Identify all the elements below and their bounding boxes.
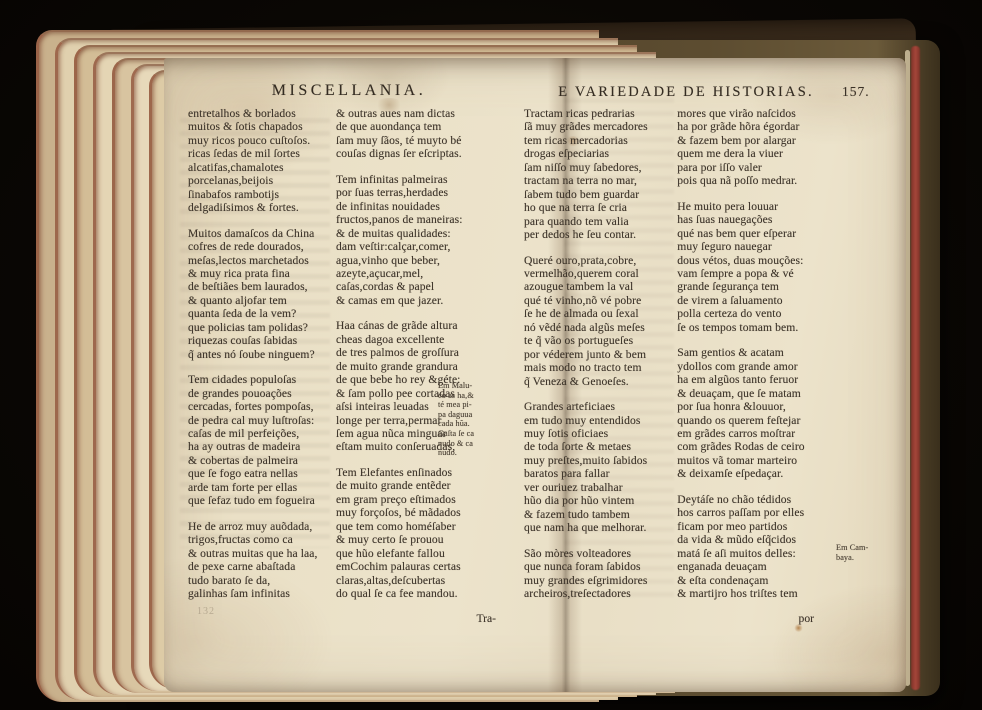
left-page-margin-note: Em Malu-co as ha,&té mea pi-pa daguuacad… — [438, 381, 500, 458]
verse-line: porcelanas,beijois — [188, 174, 336, 187]
verse-stanza: Grandes arteficiaesem tudo muy entendido… — [524, 400, 677, 535]
verse-line: & fazem tudo tambem — [524, 508, 677, 521]
verse-line: & muy certo ſe prouou — [336, 533, 510, 546]
verse-line: meſas,lectos marchetados — [188, 254, 336, 267]
verse-line: de grandes pouoações — [188, 387, 336, 400]
verse-line: Tractam ricas pedrarias — [524, 107, 677, 120]
verse-stanza: Muitos damaſcos da Chinacofres de rede d… — [188, 227, 336, 362]
verse-line: & muy rica prata fina — [188, 267, 336, 280]
verse-line: trigos,fructas como ca — [188, 533, 336, 546]
verse-line: que nam ha que melhorar. — [524, 521, 677, 534]
left-page-column-2-verses: & outras aues nam dictasde que auondança… — [336, 107, 510, 600]
left-page-header: MISCELLANIA. — [188, 82, 510, 100]
verse-line: vermelhão,querem coral — [524, 267, 677, 280]
verse-line: per dedos he ſeu contar. — [524, 228, 677, 241]
verse-line: & deuaçam, que ſe matam — [677, 387, 848, 400]
verse-stanza: Tem infinitas palmeiraspor ſuas terras,h… — [336, 173, 510, 308]
verse-line: ha ay outras de madeira — [188, 440, 336, 453]
right-page-header: E VARIEDADE DE HISTORIAS. — [524, 84, 848, 101]
left-page-faint-signature-mark: 132 — [197, 606, 215, 617]
verse-line: ſe os tempos tomam bem. — [677, 321, 848, 334]
verse-line: ſabem tudo bem guardar — [524, 188, 677, 201]
verse-line: q̃ antes nó ſoube ninguem? — [188, 348, 336, 361]
verse-line: de tres palmos de groſſura — [336, 346, 510, 359]
verse-line: de muito grande entẽder — [336, 479, 510, 492]
right-page-column-2-verses: mores que virão naſcidosha por grãde hõr… — [677, 107, 848, 600]
note-line: baya. — [836, 553, 890, 563]
verse-stanza: & outras aues nam dictasde que auondança… — [336, 107, 510, 161]
verse-line: de beſtiães bem laurados, — [188, 280, 336, 293]
verse-line: galinhas ſam infinitas — [188, 587, 336, 600]
verse-line: muitos & ſotis chapados — [188, 120, 336, 133]
verse-line: & camas em que jazer. — [336, 294, 510, 307]
verse-line: que tem como homéſaber — [336, 520, 510, 533]
verse-line: caſas de mil perfeições, — [188, 427, 336, 440]
fore-edge-red-stripe — [911, 46, 920, 690]
verse-line: ho que na terra ſe cria — [524, 201, 677, 214]
note-line: nudo. — [438, 448, 500, 458]
verse-line: entretalhos & borlados — [188, 107, 336, 120]
verse-line: muy ſeguro nauegar — [677, 240, 848, 253]
verse-line: Tem cidades populoſas — [188, 373, 336, 386]
right-page-column-2: mores que virão naſcidosha por grãde hõr… — [677, 107, 848, 626]
verse-line: azougue tambem la val — [524, 280, 677, 293]
verse-line: quanta ſeda de la vem? — [188, 307, 336, 320]
verse-stanza: Tem Elefantes enſinadosde muito grande e… — [336, 466, 510, 601]
verse-line: que ſefaz tudo em fogueira — [188, 494, 336, 507]
verse-line: quem me dera la viuer — [677, 147, 848, 160]
verse-line: & outras muitas que ha laa, — [188, 547, 336, 560]
note-line: Gaſta ſe ca — [438, 429, 500, 439]
verse-line: de que auondança tem — [336, 120, 510, 133]
verse-line: baratos para fallar — [524, 467, 677, 480]
verse-line: de muito grande grandura — [336, 360, 510, 373]
verse-stanza: Queré ouro,prata,cobre,vermelhão,querem … — [524, 254, 677, 389]
right-page-column-1: Tractam ricas pedrariasſã muy grãdes mer… — [524, 107, 677, 626]
verse-line: ver ouriuez trabalhar — [524, 481, 677, 494]
verse-line: Grandes arteficiaes — [524, 400, 677, 413]
verse-line: São mòres volteadores — [524, 547, 677, 560]
verse-stanza: Tem cidades populoſasde grandes pouoaçõe… — [188, 373, 336, 508]
verse-line: matá ſe aſi muitos delles: — [677, 547, 848, 560]
note-line: pa daguua — [438, 410, 500, 420]
verse-line: com grãdes Rodas de ceiro — [677, 440, 848, 453]
verse-line: ſe he de almada ou ſexal — [524, 307, 677, 320]
verse-line: de virem a ſaluamento — [677, 294, 848, 307]
verse-line: para por iſſo valer — [677, 161, 848, 174]
verse-line: polla certeza do vento — [677, 307, 848, 320]
verse-line: hos carros paſſam por elles — [677, 506, 848, 519]
verse-stanza: Tractam ricas pedrariasſã muy grãdes mer… — [524, 107, 677, 242]
right-page-margin-note: Em Cam-baya. — [836, 543, 890, 562]
verse-line: ſam niſſo muy ſabedores, — [524, 161, 677, 174]
verse-line: Sam gentios & acatam — [677, 346, 848, 359]
verse-stanza: Deytáſe no chão tédidoshos carros paſſam… — [677, 493, 848, 601]
note-line: Em Cam- — [836, 543, 890, 553]
verse-line: muitos vã tomar marteiro — [677, 454, 848, 467]
verse-line: He muito pera louuar — [677, 200, 848, 213]
verse-line: cheas dagoa excellente — [336, 333, 510, 346]
verse-line: muy ſotis oficiaes — [524, 427, 677, 440]
verse-line: emCochim palauras certas — [336, 560, 510, 573]
verse-line: ydollos com grande amor — [677, 360, 848, 373]
note-line: cada hũa. — [438, 419, 500, 429]
verse-stanza: mores que virão naſcidosha por grãde hõr… — [677, 107, 848, 188]
right-page-catchword: por — [677, 612, 848, 625]
verse-stanza: São mòres volteadoresque nunca foram ſab… — [524, 547, 677, 601]
verse-line: q̃ Veneza & Genoeſes. — [524, 375, 677, 388]
verse-line: dam veſtir:calçar,comer, — [336, 240, 510, 253]
verse-line: em tudo muy entendidos — [524, 414, 677, 427]
verse-stanza: Sam gentios & acatamydollos com grande a… — [677, 346, 848, 481]
verse-line: & outras aues nam dictas — [336, 107, 510, 120]
verse-line: ſam muy ſãos, té muyto bé — [336, 134, 510, 147]
verse-line: nó vẽdé nada algũs meſes — [524, 321, 677, 334]
verse-line: agua,vinho que beber, — [336, 254, 510, 267]
verse-line: & fazem bem por alargar — [677, 134, 848, 147]
verse-line: por véderem junto & bem — [524, 348, 677, 361]
note-line: Em Malu- — [438, 381, 500, 391]
verse-line: que nunca foram ſabidos — [524, 560, 677, 573]
verse-line: archeiros,treſectadores — [524, 587, 677, 600]
verse-line: em gram preço eſtimados — [336, 493, 510, 506]
verse-line: & deixamſe eſpedaçar. — [677, 467, 848, 480]
verse-line: claras,altas,deſcubertas — [336, 574, 510, 587]
note-line: nudo & ca — [438, 439, 500, 449]
verse-line: muy ricos pouco cuſtoſos. — [188, 134, 336, 147]
verse-line: hũo dia por hũo vintem — [524, 494, 677, 507]
verse-line: azeyte,açucar,mel, — [336, 267, 510, 280]
verse-line: da vida & mũdo eſq̃cidos — [677, 533, 848, 546]
verse-line: ha em algũos tanto feruor — [677, 373, 848, 386]
verse-line: Muitos damaſcos da China — [188, 227, 336, 240]
verse-line: & de muitas qualidades: — [336, 227, 510, 240]
verse-line: Queré ouro,prata,cobre, — [524, 254, 677, 267]
verse-line: te q̃ vão os portugueſes — [524, 334, 677, 347]
verse-line: para quando tem valia — [524, 215, 677, 228]
verse-line: arde tam forte per ellas — [188, 481, 336, 494]
left-page: MISCELLANIA. entretalhos & borladosmuito… — [188, 82, 510, 626]
verse-line: cofres de rede dourados, — [188, 240, 336, 253]
verse-line: que hũo elefante fallou — [336, 547, 510, 560]
verse-line: qué té vinho,nõ vé pobre — [524, 294, 677, 307]
verse-line: delgadiſsimos & fortes. — [188, 201, 336, 214]
verse-line: de infinitas nouidades — [336, 200, 510, 213]
verse-line: em grãdes carros moſtrar — [677, 427, 848, 440]
verse-stanza: entretalhos & borladosmuitos & ſotis cha… — [188, 107, 336, 215]
verse-line: ricas ſedas de mil ſortes — [188, 147, 336, 160]
verse-line: dous vétos, duas mouções: — [677, 254, 848, 267]
verse-line: do qual ſe ca fee mandou. — [336, 587, 510, 600]
left-page-column-1: entretalhos & borladosmuitos & ſotis cha… — [188, 107, 336, 626]
verse-line: por ſuas terras,herdades — [336, 186, 510, 199]
verse-line: couſas dignas ſer eſcriptas. — [336, 147, 510, 160]
note-line: co as ha,& — [438, 391, 500, 401]
verse-line: Deytáſe no chão tédidos — [677, 493, 848, 506]
verse-line: has ſuas nauegações — [677, 213, 848, 226]
verse-line: de toda ſorte & metaes — [524, 440, 677, 453]
page-number: 157. — [842, 84, 870, 100]
verse-stanza: He muito pera louuarhas ſuas nauegaçõesq… — [677, 200, 848, 335]
verse-line: que ſe fogo eatra nellas — [188, 467, 336, 480]
verse-line: drogas eſpeciarias — [524, 147, 677, 160]
verse-line: por ſua honra &louuor, — [677, 400, 848, 413]
right-page: E VARIEDADE DE HISTORIAS. Tractam ricas … — [524, 84, 848, 626]
verse-line: muy preſtes,muito ſabidos — [524, 454, 677, 467]
verse-line: tractam na terra no mar, — [524, 174, 677, 187]
verse-line: cercadas, fortes pompoſas, — [188, 400, 336, 413]
verse-line: de pexe carne abaſtada — [188, 560, 336, 573]
verse-line: enganada deuaçam — [677, 560, 848, 573]
verse-line: grande ſegurança tem — [677, 280, 848, 293]
verse-line: mais modo no tracto tem — [524, 361, 677, 374]
verse-line: tudo barato ſe da, — [188, 574, 336, 587]
verse-line: ſinabafos rambotijs — [188, 188, 336, 201]
verse-line: de pedra cal muy luſtroſas: — [188, 414, 336, 427]
verse-line: vam ſempre a popa & vé — [677, 267, 848, 280]
note-line: té mea pi- — [438, 400, 500, 410]
verse-line: que policias tam polidas? — [188, 321, 336, 334]
verse-line: ficam por meo partidos — [677, 520, 848, 533]
verse-line: riquezas couſas ſabidas — [188, 334, 336, 347]
verse-line: & quanto aljofar tem — [188, 294, 336, 307]
verse-line: & martijro hos triſtes tem — [677, 587, 848, 600]
verse-line: alcatifas,chamalotes — [188, 161, 336, 174]
verse-line: quando os querem feſtejar — [677, 414, 848, 427]
verse-line: mores que virão naſcidos — [677, 107, 848, 120]
verse-line: & cobertas de palmeira — [188, 454, 336, 467]
verse-line: tem ricas mercadorias — [524, 134, 677, 147]
verse-line: Tem Elefantes enſinados — [336, 466, 510, 479]
verse-line: Haa cánas de grãde altura — [336, 319, 510, 332]
verse-line: pois qua nã poſſo medrar. — [677, 174, 848, 187]
verse-line: Tem infinitas palmeiras — [336, 173, 510, 186]
verse-line: fructos,panos de maneiras: — [336, 213, 510, 226]
verse-stanza: He de arroz muy auõdada,trigos,fructas c… — [188, 520, 336, 601]
verse-line: He de arroz muy auõdada, — [188, 520, 336, 533]
verse-line: muy forçoſos, bé mãdados — [336, 506, 510, 519]
verse-line: caſas,cordas & papel — [336, 280, 510, 293]
left-page-catchword: Tra- — [336, 612, 510, 625]
photo-scene: MISCELLANIA. entretalhos & borladosmuito… — [0, 0, 982, 710]
left-page-column-2: & outras aues nam dictasde que auondança… — [336, 107, 510, 626]
verse-line: ha por grãde hõra égordar — [677, 120, 848, 133]
verse-line: ſã muy grãdes mercadores — [524, 120, 677, 133]
verse-line: & eſta condenaçam — [677, 574, 848, 587]
verse-line: muy grandes eſgrimidores — [524, 574, 677, 587]
verse-line: qué nas bem quer eſperar — [677, 227, 848, 240]
